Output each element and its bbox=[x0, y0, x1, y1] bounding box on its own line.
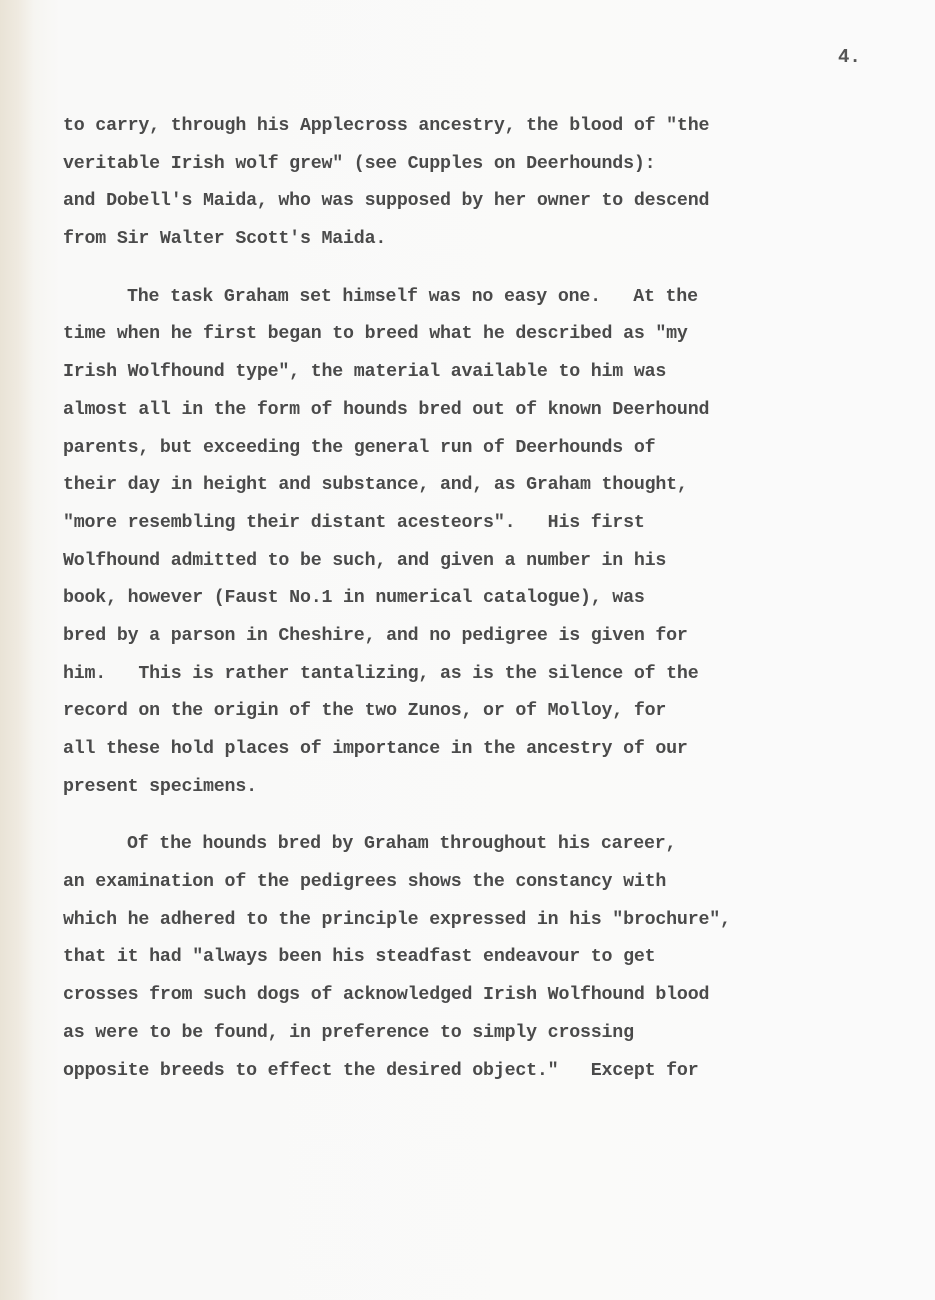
text-line: from Sir Walter Scott's Maida. bbox=[63, 221, 903, 259]
text-line: opposite breeds to effect the desired ob… bbox=[63, 1053, 903, 1091]
text-line: record on the origin of the two Zunos, o… bbox=[63, 693, 903, 731]
paragraph: to carry, through his Applecross ancestr… bbox=[63, 108, 903, 259]
body-text: to carry, through his Applecross ancestr… bbox=[63, 108, 903, 1090]
text-line: to carry, through his Applecross ancestr… bbox=[63, 108, 903, 146]
text-line: an examination of the pedigrees shows th… bbox=[63, 864, 903, 902]
text-line: crosses from such dogs of acknowledged I… bbox=[63, 977, 903, 1015]
text-line: Of the hounds bred by Graham throughout … bbox=[63, 826, 903, 864]
text-line: bred by a parson in Cheshire, and no ped… bbox=[63, 618, 903, 656]
text-line: and Dobell's Maida, who was supposed by … bbox=[63, 183, 903, 221]
text-line: almost all in the form of hounds bred ou… bbox=[63, 392, 903, 430]
text-line: time when he first began to breed what h… bbox=[63, 316, 903, 354]
text-line: which he adhered to the principle expres… bbox=[63, 902, 903, 940]
typewritten-page: 4. to carry, through his Applecross ance… bbox=[0, 0, 935, 1300]
paragraph: The task Graham set himself was no easy … bbox=[63, 279, 903, 807]
text-line: that it had "always been his steadfast e… bbox=[63, 939, 903, 977]
text-line: their day in height and substance, and, … bbox=[63, 467, 903, 505]
text-line: veritable Irish wolf grew" (see Cupples … bbox=[63, 146, 903, 184]
text-line: Irish Wolfhound type", the material avai… bbox=[63, 354, 903, 392]
text-line: book, however (Faust No.1 in numerical c… bbox=[63, 580, 903, 618]
text-line: "more resembling their distant acesteors… bbox=[63, 505, 903, 543]
text-line: parents, but exceeding the general run o… bbox=[63, 430, 903, 468]
text-line: present specimens. bbox=[63, 769, 903, 807]
text-line: Wolfhound admitted to be such, and given… bbox=[63, 543, 903, 581]
text-line: as were to be found, in preference to si… bbox=[63, 1015, 903, 1053]
text-line: The task Graham set himself was no easy … bbox=[63, 279, 903, 317]
page-number: 4. bbox=[838, 46, 861, 68]
text-line: him. This is rather tantalizing, as is t… bbox=[63, 656, 903, 694]
text-line: all these hold places of importance in t… bbox=[63, 731, 903, 769]
paragraph-gap bbox=[63, 259, 903, 279]
paragraph-gap bbox=[63, 806, 903, 826]
paragraph: Of the hounds bred by Graham throughout … bbox=[63, 826, 903, 1090]
